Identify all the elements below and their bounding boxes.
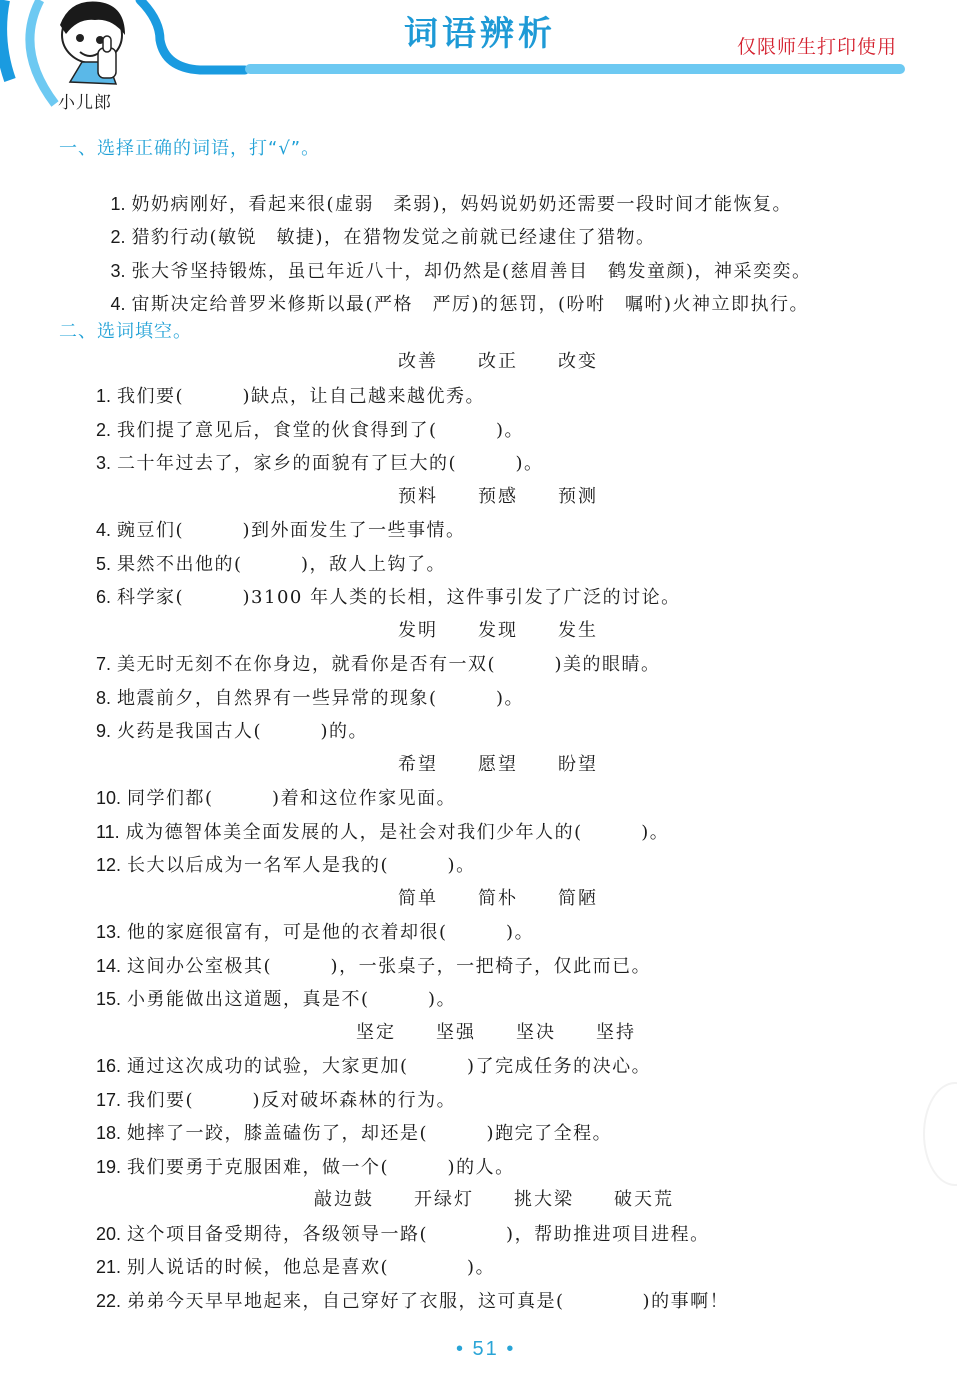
item-number: 17. (96, 1090, 121, 1110)
choice-item: 4.宙斯决定给普罗米修斯以最(严格 严厉)的惩罚，(吩咐 嘱咐)火神立即执行。 (96, 268, 809, 317)
item-number: 13. (96, 922, 121, 942)
word-option: 开绿灯 (414, 1188, 474, 1212)
item-number: 16. (96, 1056, 121, 1076)
word-option: 简单 (398, 887, 438, 911)
fill-item: 9.火药是我国古人( )的。 (96, 719, 368, 744)
word-bank: 坚定坚强坚决坚持 (356, 1021, 676, 1045)
word-option: 愿望 (478, 753, 518, 777)
mascot-label: 小儿郎 (58, 88, 112, 113)
item-text[interactable]: 地震前夕，自然界有一些异常的现象( )。 (117, 688, 524, 709)
fill-item: 17.我们要( )反对破坏森林的行为。 (96, 1088, 456, 1113)
word-option: 破天荒 (614, 1188, 674, 1212)
word-option: 希望 (398, 753, 438, 777)
fill-item: 18.她摔了一跤，膝盖磕伤了，却还是( )跑完了全程。 (96, 1121, 612, 1146)
fill-item: 7.美无时无刻不在你身边，就看你是否有一双( )美的眼睛。 (96, 652, 661, 677)
fill-item: 12.长大以后成为一名军人是我的( )。 (96, 853, 476, 878)
item-number: 10. (96, 788, 121, 808)
item-text[interactable]: 长大以后成为一名军人是我的( )。 (127, 855, 476, 876)
item-number: 3. (96, 453, 111, 473)
watermark-text: 仅限师生打印使用 (737, 32, 897, 59)
item-number: 19. (96, 1157, 121, 1177)
fill-item: 20.这个项目备受期待，各级领导一路( )，帮助推进项目进程。 (96, 1222, 710, 1247)
item-number: 4. (110, 294, 125, 314)
item-text[interactable]: 科学家( )3100 年人类的长相，这件事引发了广泛的讨论。 (117, 587, 681, 608)
item-text[interactable]: 她摔了一跤，膝盖磕伤了，却还是( )跑完了全程。 (127, 1123, 612, 1144)
item-text[interactable]: 他的家庭很富有，可是他的衣着却很( )。 (127, 922, 534, 943)
word-bank: 简单简朴简陋 (398, 887, 638, 911)
item-number: 12. (96, 855, 121, 875)
item-number: 15. (96, 989, 121, 1009)
item-number: 2. (96, 420, 111, 440)
item-number: 22. (96, 1291, 121, 1311)
fill-item: 8.地震前夕，自然界有一些异常的现象( )。 (96, 686, 524, 711)
item-text[interactable]: 弟弟今天早早地起来，自己穿好了衣服，这可真是( )的事啊！ (127, 1291, 729, 1312)
fill-item: 13.他的家庭很富有，可是他的衣着却很( )。 (96, 920, 534, 945)
word-option: 预料 (398, 485, 438, 509)
item-text[interactable]: 我们提了意见后，食堂的伙食得到了( )。 (117, 420, 524, 441)
mascot-icon (60, 1, 125, 84)
item-text[interactable]: 我们要( )缺点，让自己越来越优秀。 (117, 386, 485, 407)
fill-item: 14.这间办公室极其( )，一张桌子，一把椅子，仅此而已。 (96, 954, 651, 979)
item-text[interactable]: 同学们都( )着和这位作家见面。 (127, 788, 456, 809)
word-bank: 发明发现发生 (398, 619, 638, 643)
page-title: 词语辨析 (404, 6, 556, 55)
item-text[interactable]: 这个项目备受期待，各级领导一路( )，帮助推进项目进程。 (127, 1224, 710, 1245)
item-number: 1. (96, 386, 111, 406)
item-text[interactable]: 美无时无刻不在你身边，就看你是否有一双( )美的眼睛。 (117, 654, 661, 675)
section-2-title: 二、选词填空。 (59, 317, 192, 343)
word-option: 坚强 (436, 1021, 476, 1045)
word-option: 改变 (558, 350, 598, 374)
fill-item: 21.别人说话的时候，他总是喜欢( )。 (96, 1255, 495, 1280)
item-number: 11. (96, 822, 120, 842)
word-option: 坚决 (516, 1021, 556, 1045)
word-bank: 改善改正改变 (398, 350, 638, 374)
word-option: 挑大梁 (514, 1188, 574, 1212)
item-text[interactable]: 通过这次成功的试验，大家更加( )了完成任务的决心。 (127, 1056, 651, 1077)
word-option: 发生 (558, 619, 598, 643)
item-number: 9. (96, 721, 111, 741)
fill-item: 11.成为德智体美全面发展的人，是社会对我们少年人的( )。 (96, 820, 669, 845)
page-number: • 51 • (456, 1338, 515, 1361)
item-text[interactable]: 宙斯决定给普罗米修斯以最(严格 严厉)的惩罚，(吩咐 嘱咐)火神立即执行。 (131, 294, 809, 315)
word-option: 简朴 (478, 887, 518, 911)
item-number: 18. (96, 1123, 121, 1143)
fill-item: 5.果然不出他的( )，敌人上钩了。 (96, 552, 446, 577)
page-header: 小儿郎 词语辨析 仅限师生打印使用 (0, 0, 957, 120)
item-number: 4. (96, 520, 111, 540)
item-text[interactable]: 这间办公室极其( )，一张桌子，一把椅子，仅此而已。 (127, 956, 651, 977)
item-number: 7. (96, 654, 111, 674)
word-bank: 希望愿望盼望 (398, 753, 638, 777)
item-text[interactable]: 果然不出他的( )，敌人上钩了。 (117, 554, 446, 575)
word-option: 发明 (398, 619, 438, 643)
item-text[interactable]: 成为德智体美全面发展的人，是社会对我们少年人的( )。 (126, 822, 670, 843)
fill-item: 6.科学家( )3100 年人类的长相，这件事引发了广泛的讨论。 (96, 585, 681, 610)
item-text[interactable]: 豌豆们( )到外面发生了一些事情。 (117, 520, 466, 541)
word-option: 预测 (558, 485, 598, 509)
item-text[interactable]: 别人说话的时候，他总是喜欢( )。 (127, 1257, 495, 1278)
fill-item: 22.弟弟今天早早地起来，自己穿好了衣服，这可真是( )的事啊！ (96, 1289, 729, 1314)
fill-item: 4.豌豆们( )到外面发生了一些事情。 (96, 518, 466, 543)
word-option: 发现 (478, 619, 518, 643)
item-text[interactable]: 我们要( )反对破坏森林的行为。 (127, 1090, 456, 1111)
item-number: 6. (96, 587, 111, 607)
word-option: 坚定 (356, 1021, 396, 1045)
item-text[interactable]: 二十年过去了，家乡的面貌有了巨大的( )。 (117, 453, 544, 474)
item-number: 20. (96, 1224, 121, 1244)
item-number: 14. (96, 956, 121, 976)
word-option: 敲边鼓 (314, 1188, 374, 1212)
word-option: 改善 (398, 350, 438, 374)
item-number: 5. (96, 554, 111, 574)
fill-item: 16.通过这次成功的试验，大家更加( )了完成任务的决心。 (96, 1054, 651, 1079)
fill-item: 1.我们要( )缺点，让自己越来越优秀。 (96, 384, 485, 409)
item-number: 21. (96, 1257, 121, 1277)
item-text[interactable]: 我们要勇于克服困难，做一个( )的人。 (127, 1157, 515, 1178)
fill-item: 10.同学们都( )着和这位作家见面。 (96, 786, 456, 811)
word-option: 预感 (478, 485, 518, 509)
word-option: 坚持 (596, 1021, 636, 1045)
word-option: 盼望 (558, 753, 598, 777)
item-text[interactable]: 火药是我国古人( )的。 (117, 721, 368, 742)
word-bank: 敲边鼓开绿灯挑大梁破天荒 (314, 1188, 714, 1212)
item-text[interactable]: 小勇能做出这道题，真是不( )。 (127, 989, 456, 1010)
section-1-title: 一、选择正确的词语，打“√”。 (59, 134, 320, 160)
word-option: 改正 (478, 350, 518, 374)
word-bank: 预料预感预测 (398, 485, 638, 509)
fill-item: 3.二十年过去了，家乡的面貌有了巨大的( )。 (96, 451, 544, 476)
fill-item: 15.小勇能做出这道题，真是不( )。 (96, 987, 456, 1012)
item-number: 8. (96, 688, 111, 708)
fill-item: 2.我们提了意见后，食堂的伙食得到了( )。 (96, 418, 524, 443)
word-option: 简陋 (558, 887, 598, 911)
scroll-edge-icon[interactable] (923, 1082, 957, 1186)
fill-item: 19.我们要勇于克服困难，做一个( )的人。 (96, 1155, 515, 1180)
